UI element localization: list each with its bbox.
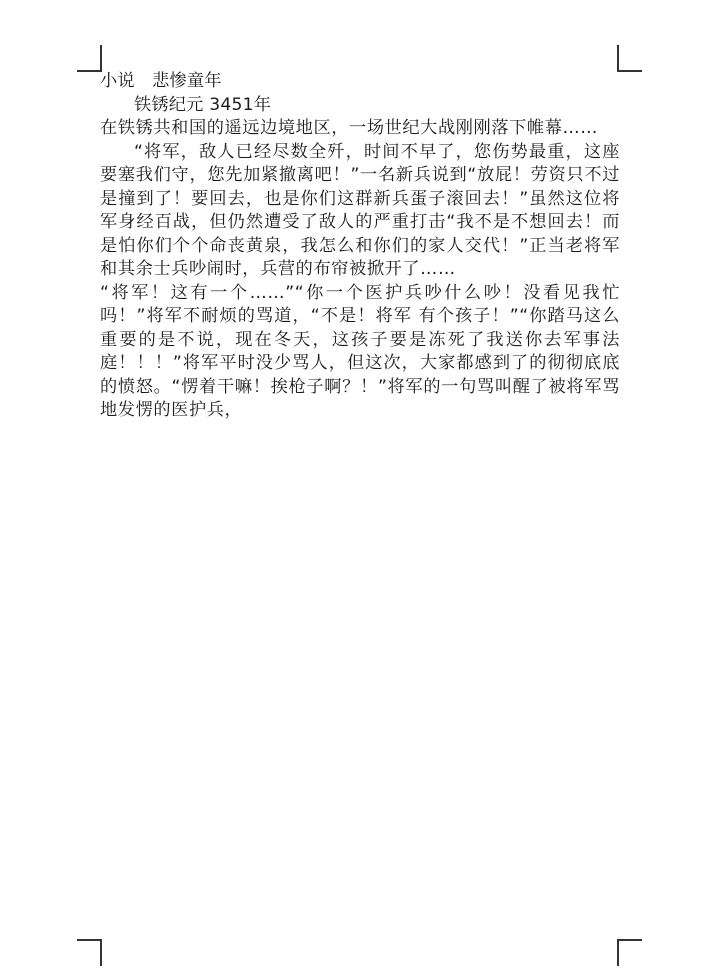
paragraph-2: “将军，敌人已经尽数全歼，时间不早了，您伤势最重，这座要塞我们守，您先加紧撤离吧… <box>100 141 620 282</box>
crop-mark-bottom-right <box>617 939 642 966</box>
document-era-line: 铁锈纪元 3451年 <box>100 94 620 118</box>
crop-mark-top-right <box>617 45 642 72</box>
paragraph-1: 在铁锈共和国的遥远边境地区，一场世纪大战刚刚落下帷幕…… <box>100 117 620 141</box>
crop-mark-bottom-left <box>77 939 102 966</box>
paragraph-3: “将军！这有一个……”“你一个医护兵吵什么吵！没看见我忙吗！”将军不耐烦的骂道，… <box>100 282 620 423</box>
document-title: 小说 悲惨童年 <box>100 70 620 94</box>
document-body: 在铁锈共和国的遥远边境地区，一场世纪大战刚刚落下帷幕…… “将军，敌人已经尽数全… <box>100 117 620 423</box>
crop-mark-top-left <box>77 45 102 72</box>
document-page: 小说 悲惨童年 铁锈纪元 3451年 在铁锈共和国的遥远边境地区，一场世纪大战刚… <box>100 70 620 423</box>
